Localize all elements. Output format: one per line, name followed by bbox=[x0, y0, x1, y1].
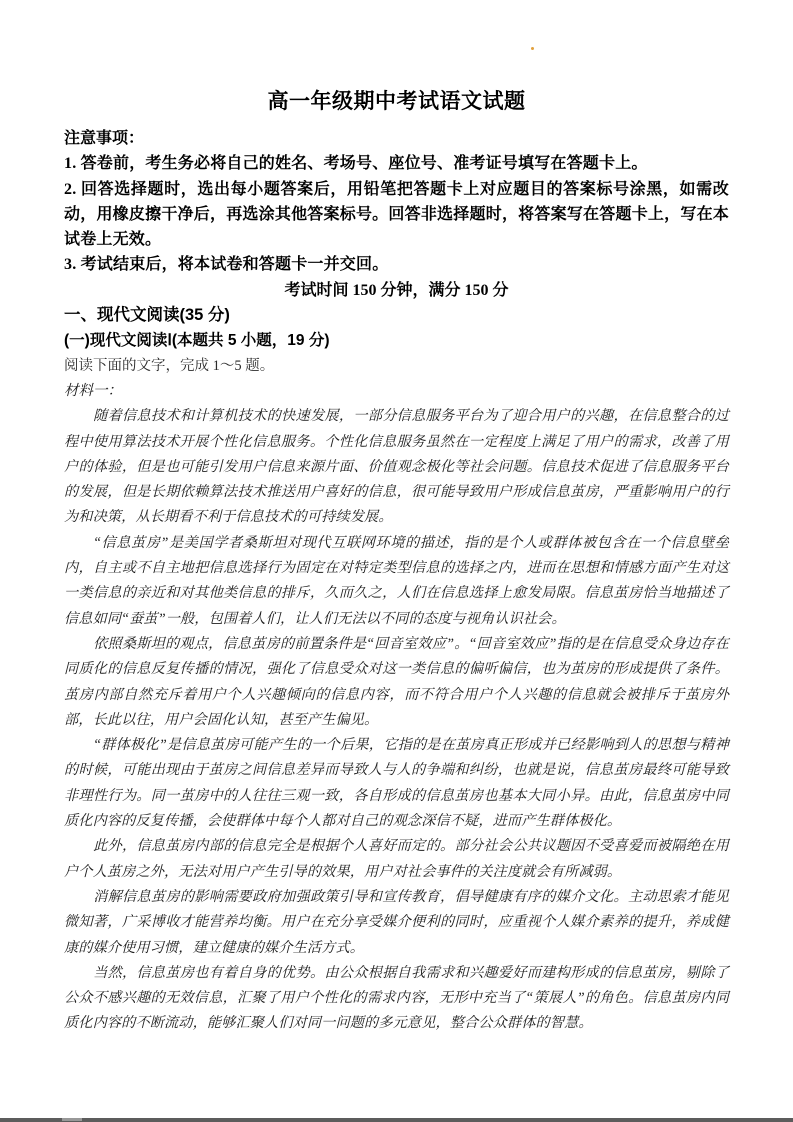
notice-section: 注意事项： 1. 答卷前，考生务必将自己的姓名、考场号、座位号、准考证号填写在答… bbox=[64, 126, 729, 278]
material-paragraph-6: 消解信息茧房的影响需要政府加强政策引导和宣传教育，倡导健康有序的媒介文化。主动思… bbox=[64, 885, 729, 961]
material-paragraph-3: 依照桑斯坦的观点，信息茧房的前置条件是“回音室效应”。“回音室效应”指的是在信息… bbox=[64, 632, 729, 733]
section-one-part-heading: (一)现代文阅读Ⅰ(本题共 5 小题，19 分) bbox=[64, 328, 729, 353]
scan-artifact-dot bbox=[531, 47, 534, 50]
bottom-edge-mark bbox=[62, 1118, 82, 1121]
material-paragraph-4: “群体极化”是信息茧房可能产生的一个后果，它指的是在茧房真正形成并已经影响到人的… bbox=[64, 733, 729, 834]
material-paragraph-1: 随着信息技术和计算机技术的快速发展，一部分信息服务平台为了迎合用户的兴趣，在信息… bbox=[64, 404, 729, 530]
material-paragraph-7: 当然，信息茧房也有着自身的优势。由公众根据自我需求和兴趣爱好而建构形成的信息茧房… bbox=[64, 961, 729, 1037]
notice-item-3: 3. 考试结束后，将本试卷和答题卡一并交回。 bbox=[64, 252, 729, 277]
section-one-heading: 一、现代文阅读(35 分) bbox=[64, 303, 729, 328]
notice-item-2: 2. 回答选择题时，选出每小题答案后，用铅笔把答题卡上对应题目的答案标号涂黑，如… bbox=[64, 177, 729, 253]
page-title: 高一年级期中考试语文试题 bbox=[64, 88, 729, 115]
material-one-label: 材料一： bbox=[64, 379, 729, 404]
page-content: 高一年级期中考试语文试题 注意事项： 1. 答卷前，考生务必将自己的姓名、考场号… bbox=[0, 0, 793, 1037]
exam-paper-page: 高一年级期中考试语文试题 注意事项： 1. 答卷前，考生务必将自己的姓名、考场号… bbox=[0, 0, 793, 1122]
section-one: 一、现代文阅读(35 分) (一)现代文阅读Ⅰ(本题共 5 小题，19 分) 阅… bbox=[64, 303, 729, 1037]
notice-heading: 注意事项： bbox=[64, 126, 729, 151]
exam-time-score-line: 考试时间 150 分钟，满分 150 分 bbox=[64, 278, 729, 303]
reading-instruction: 阅读下面的文字，完成 1～5 题。 bbox=[64, 354, 729, 379]
material-paragraph-2: “信息茧房”是美国学者桑斯坦对现代互联网环境的描述，指的是个人或群体被包含在一个… bbox=[64, 531, 729, 632]
page-bottom-edge-bar bbox=[0, 1118, 793, 1122]
notice-item-1: 1. 答卷前，考生务必将自己的姓名、考场号、座位号、准考证号填写在答题卡上。 bbox=[64, 151, 729, 176]
material-paragraph-5: 此外，信息茧房内部的信息完全是根据个人喜好而定的。部分社会公共议题因不受喜爱而被… bbox=[64, 834, 729, 885]
